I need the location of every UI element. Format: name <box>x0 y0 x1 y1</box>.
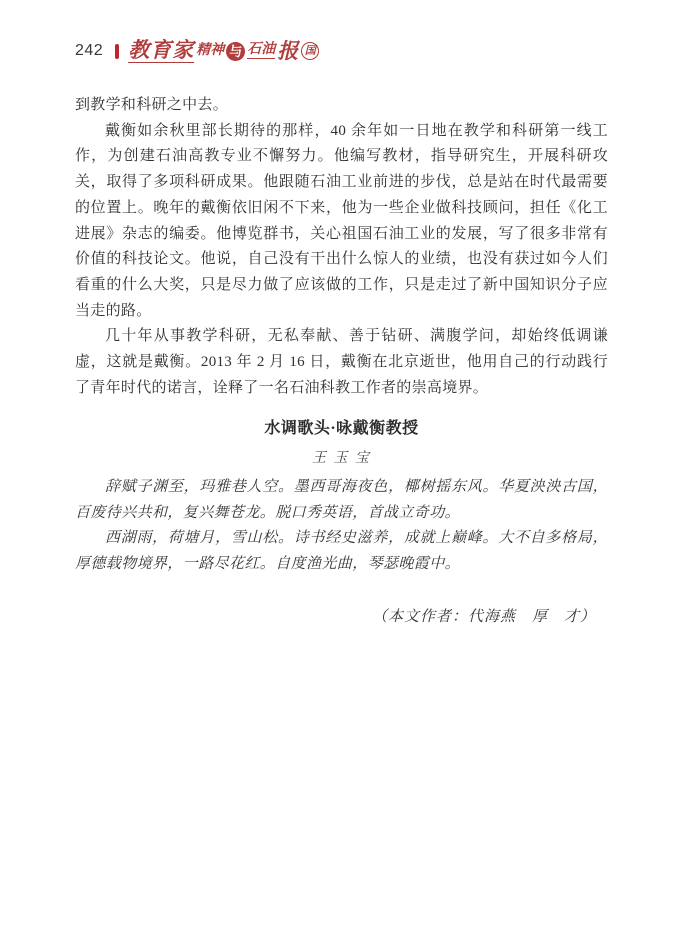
poem-author: 王 玉 宝 <box>75 446 608 472</box>
poem-stanza: 西湖雨，荷塘月，雪山松。诗书经史滋养，成就上巅峰。大不自多格局，厚德载物境界，一… <box>75 526 608 577</box>
poem-stanza: 辞赋子渊至，玛雅巷人空。墨西哥海夜色，椰树摇东风。华夏泱泱古国，百废待兴共和，复… <box>75 475 608 526</box>
page-header: 242 教育家 精神 与 石油 报 国 <box>75 36 608 66</box>
paragraph-continuation: 到教学和科研之中去。 <box>75 93 608 119</box>
logo-yu-badge: 与 <box>226 42 245 61</box>
paragraph: 几十年从事教学科研，无私奉献、善于钻研、满腹学问，却始终低调谦虚，这就是戴衡。2… <box>75 324 608 401</box>
logo-text-serve: 报 <box>277 41 298 62</box>
article-body: 到教学和科研之中去。 戴衡如余秋里部长期待的那样，40 余年如一日地在教学和科研… <box>75 93 608 626</box>
document-page: 242 教育家 精神 与 石油 报 国 到教学和科研之中去。 戴衡如余秋里部长期… <box>0 0 680 945</box>
paragraph: 戴衡如余秋里部长期待的那样，40 余年如一日地在教学和科研第一线工作，为创建石油… <box>75 119 608 325</box>
series-logo: 教育家 精神 与 石油 报 国 <box>128 40 319 63</box>
logo-text-spirit: 精神 <box>196 44 224 58</box>
page-number: 242 <box>75 42 103 60</box>
logo-text-petroleum: 石油 <box>247 43 275 59</box>
poem-title: 水调歌头·咏戴衡教授 <box>75 416 608 442</box>
header-divider-bar <box>115 44 119 59</box>
logo-guo-badge: 国 <box>301 42 319 60</box>
author-attribution: （本文作者：代海燕 厚 才） <box>75 605 608 626</box>
logo-text-educator: 教育家 <box>128 40 194 63</box>
